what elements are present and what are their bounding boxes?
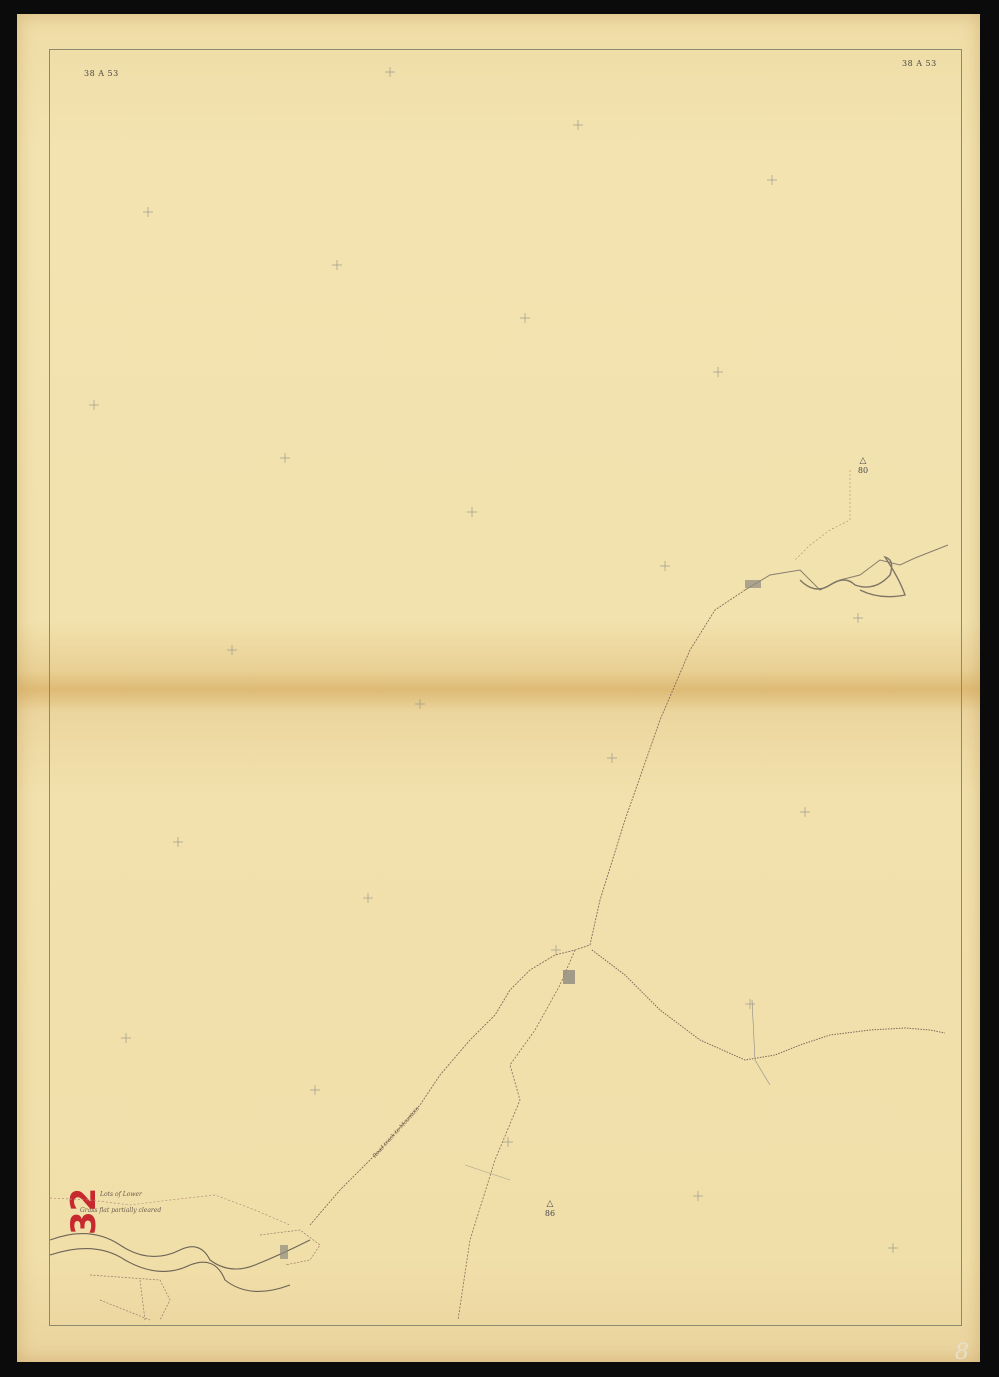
building-icon	[280, 1245, 288, 1259]
creek-northeast	[745, 545, 948, 590]
offset-line	[465, 1165, 510, 1180]
building-icon	[563, 970, 575, 984]
river-bank	[50, 1249, 290, 1292]
river	[50, 1234, 310, 1269]
building-icon	[745, 580, 761, 588]
lake-label: Lots of Lower	[99, 1191, 143, 1198]
flat-label: Grass flat partially cleared	[80, 1207, 161, 1214]
offset-line	[752, 1000, 770, 1085]
survey-line-to-station-80	[795, 470, 850, 560]
survey-line-south	[458, 950, 575, 1320]
survey-line-east	[592, 950, 945, 1060]
survey-track	[310, 590, 745, 1225]
map-linework: Grass flat partially cleared Lots of Low…	[0, 0, 999, 1377]
graticule-crosses	[89, 67, 898, 1253]
track-label: Road track to Mountain	[371, 1106, 421, 1160]
lot-boundaries	[90, 1275, 170, 1320]
